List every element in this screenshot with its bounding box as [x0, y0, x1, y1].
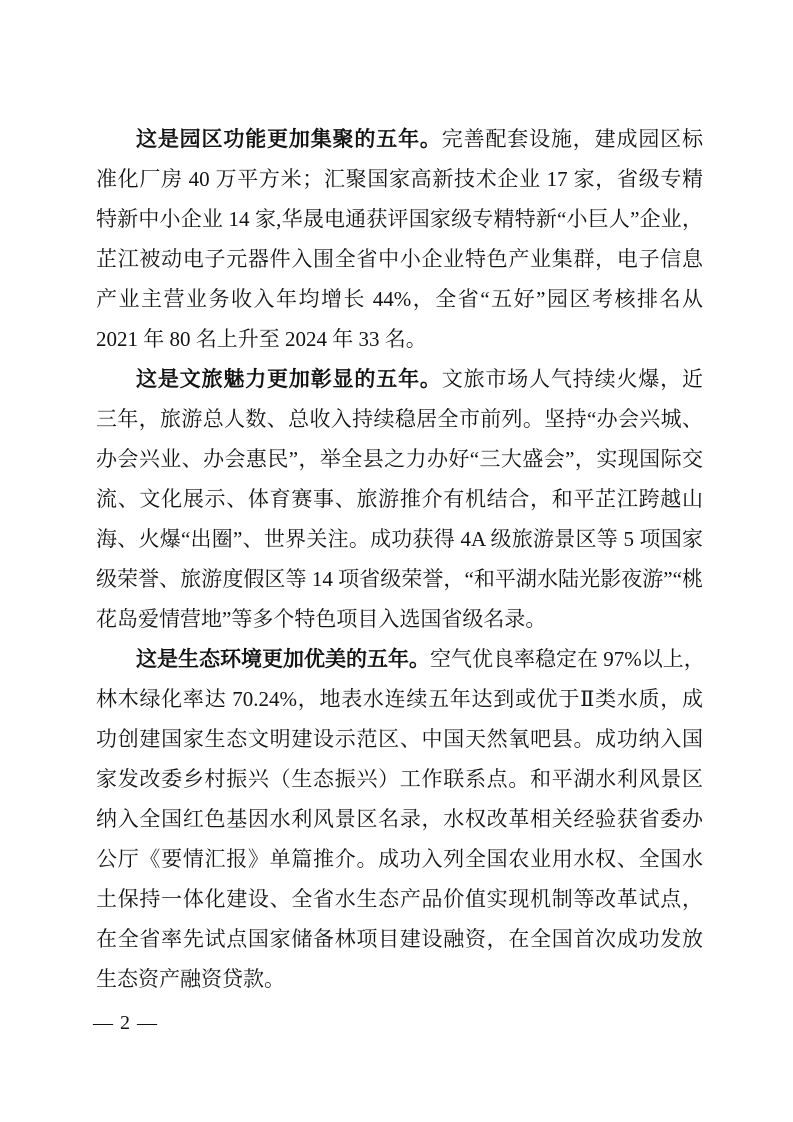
text-line: 这是生态环境更加优美的五年。空气优良率稳定在 97%以上， — [96, 639, 703, 679]
page-number: — 2 — — [93, 1003, 158, 1043]
text-line: 土保持一体化建设、全省水生态产品价值实现机制等改革试点， — [96, 879, 703, 919]
paragraph-lead: 这是园区功能更加集聚的五年。 — [136, 127, 442, 151]
text-line: 林木绿化率达 70.24%，地表水连续五年达到或优于Ⅱ类水质，成 — [96, 679, 703, 719]
text-line: 芷江被动电子元器件入围全省中小企业特色产业集群，电子信息 — [96, 239, 703, 279]
document-page: 这是园区功能更加集聚的五年。完善配套设施，建成园区标 准化厂房 40 万平方米；… — [0, 0, 793, 1122]
text-line: 特新中小企业 14 家,华晟电通获评国家级专精特新“小巨人”企业， — [96, 199, 703, 239]
text-line: 2021 年 80 名上升至 2024 年 33 名。 — [96, 319, 703, 359]
text-line: 级荣誉、旅游度假区等 14 项省级荣誉，“和平湖水陆光影夜游”“桃 — [96, 559, 703, 599]
text-line: 在全省率先试点国家储备林项目建设融资，在全国首次成功发放 — [96, 919, 703, 959]
text-line: 功创建国家生态文明建设示范区、中国天然氧吧县。成功纳入国 — [96, 719, 703, 759]
paragraph-text: 空气优良率稳定在 97%以上， — [430, 647, 705, 671]
paragraph-culture-tourism: 这是文旅魅力更加彰显的五年。文旅市场人气持续火爆，近 三年，旅游总人数、总收入持… — [96, 359, 703, 639]
document-body: 这是园区功能更加集聚的五年。完善配套设施，建成园区标 准化厂房 40 万平方米；… — [96, 119, 703, 999]
paragraph-lead: 这是文旅魅力更加彰显的五年。 — [136, 367, 442, 391]
paragraph-lead: 这是生态环境更加优美的五年。 — [136, 647, 430, 671]
text-line: 纳入全国红色基因水利风景区名录，水权改革相关经验获省委办 — [96, 799, 703, 839]
text-line: 产业主营业务收入年均增长 44%，全省“五好”园区考核排名从 — [96, 279, 703, 319]
text-line: 这是园区功能更加集聚的五年。完善配套设施，建成园区标 — [96, 119, 703, 159]
paragraph-text: 完善配套设施，建成园区标 — [442, 127, 703, 151]
text-line: 海、火爆“出圈”、世界关注。成功获得 4A 级旅游景区等 5 项国家 — [96, 519, 703, 559]
text-line: 家发改委乡村振兴（生态振兴）工作联系点。和平湖水利风景区 — [96, 759, 703, 799]
text-line: 公厅《要情汇报》单篇推介。成功入列全国农业用水权、全国水 — [96, 839, 703, 879]
text-line: 流、文化展示、体育赛事、旅游推介有机结合，和平芷江跨越山 — [96, 479, 703, 519]
text-line: 这是文旅魅力更加彰显的五年。文旅市场人气持续火爆，近 — [96, 359, 703, 399]
paragraph-park-function: 这是园区功能更加集聚的五年。完善配套设施，建成园区标 准化厂房 40 万平方米；… — [96, 119, 703, 359]
text-line: 三年，旅游总人数、总收入持续稳居全市前列。坚持“办会兴城、 — [96, 399, 703, 439]
paragraph-ecology: 这是生态环境更加优美的五年。空气优良率稳定在 97%以上， 林木绿化率达 70.… — [96, 639, 703, 999]
paragraph-text: 文旅市场人气持续火爆，近 — [442, 367, 703, 391]
text-line: 准化厂房 40 万平方米；汇聚国家高新技术企业 17 家，省级专精 — [96, 159, 703, 199]
text-line: 生态资产融资贷款。 — [96, 959, 703, 999]
text-line: 花岛爱情营地”等多个特色项目入选国省级名录。 — [96, 599, 703, 639]
text-line: 办会兴业、办会惠民”，举全县之力办好“三大盛会”，实现国际交 — [96, 439, 703, 479]
